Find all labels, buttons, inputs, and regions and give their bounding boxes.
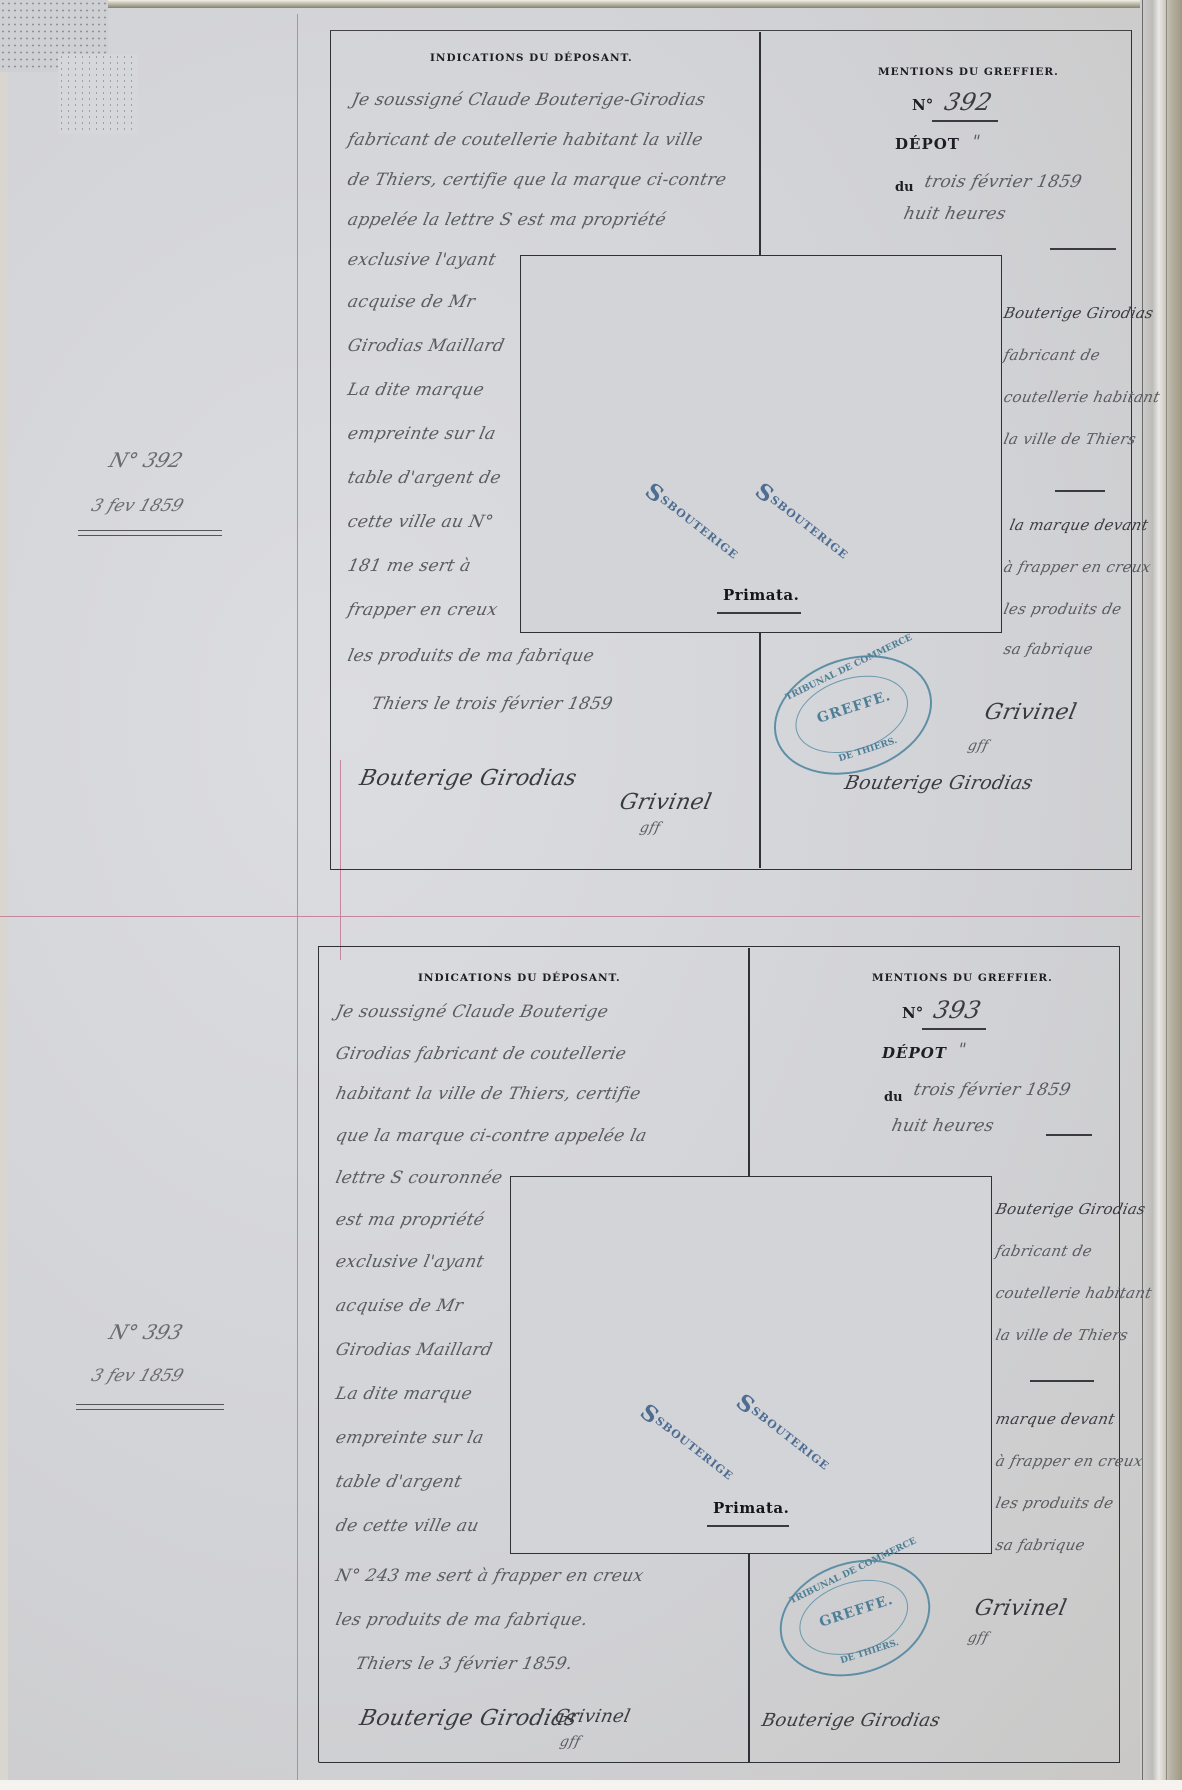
note-separator	[1055, 490, 1105, 492]
number-underline	[932, 120, 998, 122]
declaration-line: Girodias Maillard	[346, 336, 506, 356]
clerk-paraph: gff	[638, 820, 662, 836]
trademark-stamp-impression: SSBOUTERIGE	[640, 478, 744, 568]
declaration-line: La dite marque	[346, 380, 486, 400]
declaration-line: Thiers le 3 février 1859.	[354, 1654, 575, 1674]
clerk-note-line: la marque devant	[1008, 516, 1150, 534]
du-label: du	[884, 1090, 903, 1105]
deposit-date: trois février 1859	[923, 172, 1084, 192]
margin-note-date: 3 fev 1859	[89, 1366, 186, 1386]
hour-underline	[1050, 248, 1116, 250]
trademark-box: SSBOUTERIGE SSBOUTERIGE Primata.	[510, 1176, 992, 1554]
book-page-edges	[1140, 0, 1182, 1790]
margin-note-underline	[76, 1404, 224, 1410]
du-label: du	[895, 180, 914, 195]
clerk-note-line: les produits de	[1002, 600, 1123, 618]
clerk-note-paraph: gff	[966, 738, 990, 754]
caption-underline	[707, 1525, 789, 1527]
entry-divider-ruling	[0, 916, 1140, 917]
clerk-note-line: à frapper en creux	[1002, 558, 1152, 576]
declaration-line: cette ville au N°	[346, 512, 495, 532]
declaration-line: est ma propriété	[334, 1210, 486, 1230]
stamp-text: SBOUTERIGE	[749, 1404, 832, 1473]
declaration-line: Je soussigné Claude Bouterige-Girodias	[350, 90, 707, 110]
declaration-line: La dite marque	[334, 1384, 474, 1404]
declaration-line: de Thiers, certifie que la marque ci-con…	[346, 170, 728, 190]
number-label: N°	[902, 1004, 923, 1022]
trademark-stamp-impression: SSBOUTERIGE	[731, 1389, 835, 1479]
column-divider-top	[759, 32, 761, 258]
declaration-line: empreinte sur la	[334, 1428, 486, 1448]
number-label: N°	[912, 96, 933, 114]
declaration-line: Girodias Maillard	[334, 1340, 494, 1360]
deposit-date: trois février 1859	[912, 1080, 1073, 1100]
depot-label: DÉPOT	[895, 135, 960, 153]
declaration-line: frapper en creux	[346, 600, 500, 620]
deposit-number: 393	[931, 996, 984, 1024]
stamp-text: SBOUTERIGE	[768, 493, 851, 562]
clerk-heading: MENTIONS DU GREFFIER.	[878, 66, 1059, 78]
scan-artifact	[58, 54, 138, 134]
depot-label: DÉPOT	[882, 1044, 947, 1062]
declarant-signature: Bouterige Girodias	[357, 1706, 579, 1731]
deposit-number: 392	[942, 88, 995, 116]
declaration-line: N° 243 me sert à frapper en creux	[334, 1566, 646, 1586]
margin-note-number: N° 392	[106, 448, 186, 472]
column-divider-top	[748, 948, 750, 1178]
column-divider-bottom	[748, 1552, 750, 1762]
clerk-note-line: fabricant de	[1002, 346, 1102, 364]
mark-caption: Primata.	[723, 586, 799, 604]
declaration-line: Thiers le trois février 1859	[370, 694, 615, 714]
stamp-text: SBOUTERIGE	[658, 493, 741, 562]
mark-caption: Primata.	[713, 1499, 789, 1517]
declaration-line: que la marque ci-contre appelée la	[334, 1126, 649, 1146]
clerk-declarant-signature: Bouterige Girodias	[843, 772, 1035, 794]
clerk-note-line: sa fabrique	[1002, 640, 1095, 658]
trademark-stamp-impression: SSBOUTERIGE	[635, 1399, 739, 1489]
declaration-line: lettre S couronnée	[334, 1168, 505, 1188]
trademark-stamp-impression: SSBOUTERIGE	[750, 478, 854, 568]
declaration-line: empreinte sur la	[346, 424, 498, 444]
book-bottom-edge	[0, 1780, 1182, 1790]
clerk-declarant-signature: Bouterige Girodias	[760, 1710, 942, 1731]
deposit-hour: huit heures	[902, 204, 1008, 224]
clerk-note-line: fabricant de	[994, 1242, 1094, 1260]
clerk-note-line: Bouterige Girodias	[994, 1200, 1147, 1218]
clerk-note-paraph: gff	[966, 1630, 990, 1646]
number-underline	[922, 1028, 986, 1030]
margin-note-date: 3 fev 1859	[89, 496, 186, 516]
clerk-note-line: coutellerie habitant	[994, 1284, 1154, 1302]
declaration-line: appelée la lettre S est ma propriété	[346, 210, 668, 230]
clerk-note-line: coutellerie habitant	[1002, 388, 1162, 406]
caption-underline	[717, 612, 801, 614]
declaration-line: exclusive l'ayant	[346, 250, 498, 270]
depositor-heading: INDICATIONS DU DÉPOSANT.	[430, 52, 633, 64]
declaration-line: de cette ville au	[334, 1516, 481, 1536]
clerk-note-line: la ville de Thiers	[1002, 430, 1138, 448]
declaration-line: 181 me sert à	[346, 556, 473, 576]
clerk-note-line: à frapper en creux	[994, 1452, 1144, 1470]
column-divider-bottom	[759, 632, 761, 868]
declaration-line: Je soussigné Claude Bouterige	[334, 1002, 610, 1022]
declaration-line: acquise de Mr	[346, 292, 477, 312]
declaration-line: habitant la ville de Thiers, certifie	[334, 1084, 643, 1104]
declaration-line: acquise de Mr	[334, 1296, 465, 1316]
clerk-note-signature: Grivinel	[982, 700, 1079, 725]
margin-note-underline	[78, 530, 222, 536]
declaration-line: table d'argent	[334, 1472, 464, 1492]
declaration-line: exclusive l'ayant	[334, 1252, 486, 1272]
declaration-line: Girodias fabricant de coutellerie	[334, 1044, 628, 1064]
hour-underline	[1046, 1134, 1092, 1136]
depositor-heading: INDICATIONS DU DÉPOSANT.	[418, 972, 621, 984]
declarant-signature: Bouterige Girodias	[357, 766, 579, 791]
declaration-line: table d'argent de	[346, 468, 503, 488]
clerk-note-line: la ville de Thiers	[994, 1326, 1130, 1344]
clerk-note-line: sa fabrique	[994, 1536, 1087, 1554]
deposit-hour: huit heures	[890, 1116, 996, 1136]
clerk-paraph: gff	[558, 1734, 582, 1750]
clerk-signature: Grivinel	[553, 1706, 633, 1727]
clerk-note-line: marque devant	[994, 1410, 1117, 1428]
declaration-line: les produits de ma fabrique	[346, 646, 596, 666]
stamp-text: SBOUTERIGE	[653, 1414, 736, 1483]
trademark-box: SSBOUTERIGE SSBOUTERIGE Primata.	[520, 255, 1002, 633]
note-separator	[1030, 1380, 1094, 1382]
declaration-line: les produits de ma fabrique.	[334, 1610, 590, 1630]
clerk-note-line: Bouterige Girodias	[1002, 304, 1155, 322]
margin-note-number: N° 393	[106, 1320, 186, 1344]
clerk-note-line: les produits de	[994, 1494, 1115, 1512]
clerk-heading: MENTIONS DU GREFFIER.	[872, 972, 1053, 984]
clerk-signature: Grivinel	[617, 790, 714, 815]
clerk-note-signature: Grivinel	[972, 1596, 1069, 1621]
margin-ruling-vertical	[297, 14, 298, 1780]
declaration-line: fabricant de coutellerie habitant la vil…	[346, 130, 705, 150]
